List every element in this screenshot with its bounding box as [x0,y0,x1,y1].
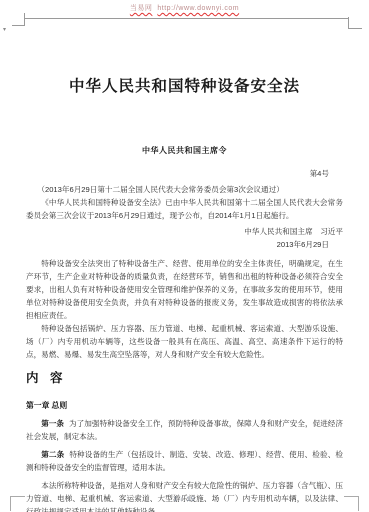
adoption-note: （2013年6月29日第十二届全国人民代表大会常务委员会第3次会议通过） [26,183,343,196]
article-2-text: 特种设备的生产（包括设计、制造、安装、改造、修理）、经营、使用、检验、检测和特种… [26,450,343,472]
page-number-indicator: 1 / 15 [0,496,369,503]
president-signature: 中华人民共和国主席 习近平 [26,225,343,238]
decree-heading: 中华人民共和国主席令 [26,145,343,157]
document-page: 当易网http://www.downyi.com ▾ 中华人民共和国特种设备安全… [0,0,369,512]
article-1: 第一条为了加强特种设备安全工作，预防特种设备事故，保障人身和财产安全，促进经济社… [26,417,343,443]
article-2-number: 第二条 [41,450,64,459]
intro-paragraph-2: 特种设备包括锅炉、压力容器、压力管道、电梯、起重机械、客运索道、大型游乐设施、场… [26,322,343,361]
decree-number: 第4号 [26,168,343,180]
signature-date: 2013年6月29日 [26,238,343,251]
content-section-heading: 内 容 [26,370,343,387]
document-title: 中华人民共和国特种设备安全法 [26,78,343,96]
announcement-paragraph: 《中华人民共和国特种设备安全法》已由中华人民共和国第十二届全国人民代表大会常务委… [26,196,343,222]
document-content: 中华人民共和国特种设备安全法 中华人民共和国主席令 第4号 （2013年6月29… [0,0,369,512]
intro-paragraph-1: 特种设备安全法突出了特种设备生产、经营、使用单位的安全主体责任，明确规定，在生产… [26,257,343,322]
article-2: 第二条特种设备的生产（包括设计、制造、安装、改造、修理）、经营、使用、检验、检测… [26,448,343,474]
article-1-text: 为了加强特种设备安全工作，预防特种设备事故，保障人身和财产安全，促进经济社会发展… [26,419,343,441]
chapter-1-heading: 第一章 总则 [26,400,343,412]
article-1-number: 第一条 [41,419,64,428]
